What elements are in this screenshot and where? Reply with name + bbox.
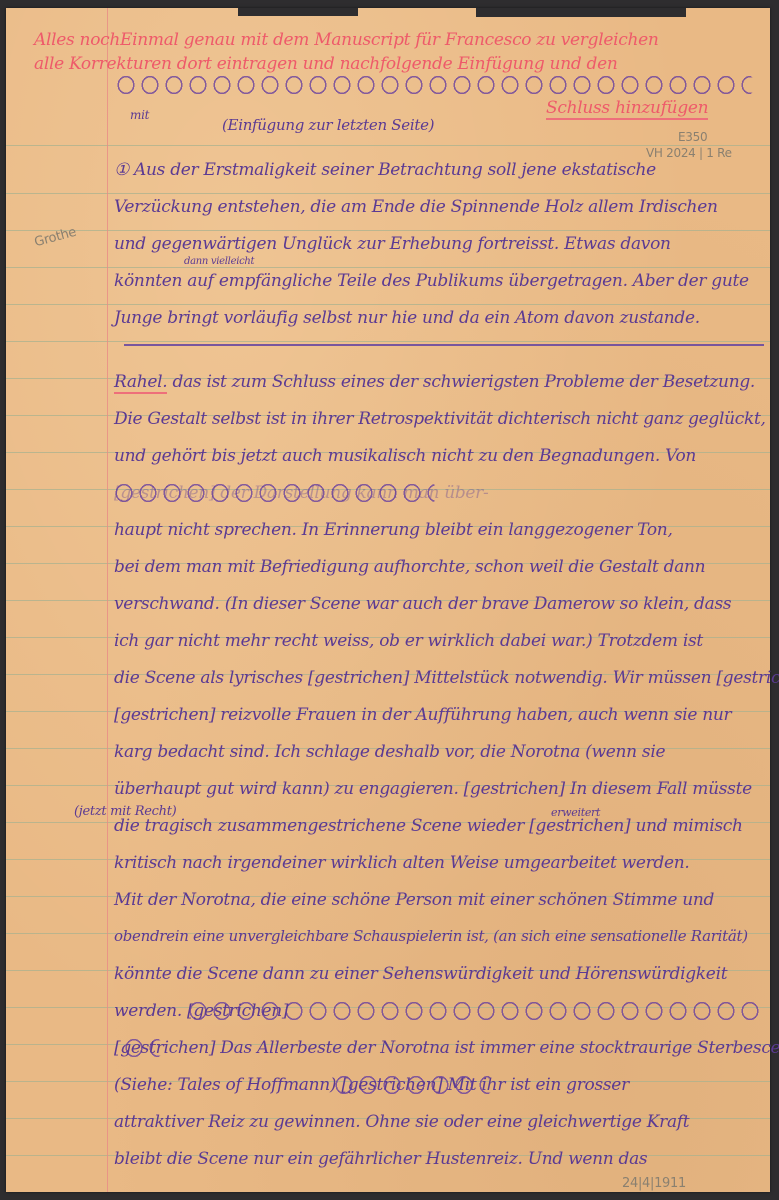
section2-line: kritisch nach irgendeiner wirklich alten… xyxy=(114,853,690,873)
section2-line: das ist zum Schluss eines der schwierigs… xyxy=(173,372,756,392)
section2-line: ich gar nicht mehr recht weiss, ob er wi… xyxy=(114,631,703,651)
section2-line: überhaupt gut wird kann) zu engagieren. … xyxy=(114,779,752,799)
manuscript-page: Alles nochEinmal genau mit dem Manuscrip… xyxy=(6,8,770,1192)
red-note-line-3: Schluss hinzufügen xyxy=(546,98,708,120)
section2-line: karg bedacht sind. Ich schlage deshalb v… xyxy=(114,742,665,762)
ruled-line xyxy=(6,341,770,342)
section1-line: Junge bringt vorläufig selbst nur hie un… xyxy=(114,308,700,328)
section1-line: ① Aus der Erstmaligkeit seiner Betrachtu… xyxy=(114,160,656,180)
ruled-line xyxy=(6,304,770,305)
struck-heading-scribble xyxy=(114,72,754,98)
section2-line: [gestrichen] der Darstellung kann man üb… xyxy=(114,483,488,503)
section1-interlinear: dann vielleicht xyxy=(184,256,254,267)
margin-note-pencil: Grothe xyxy=(33,225,78,251)
subheading: (Einfügung zur letzten Seite) xyxy=(222,116,434,134)
section2-line: Die Gestalt selbst ist in ihrer Retrospe… xyxy=(114,409,766,429)
section2-line: (Siehe: Tales of Hoffmann) [gestrichen] … xyxy=(114,1075,629,1095)
paper-tear xyxy=(238,8,358,16)
ruled-line xyxy=(6,230,770,231)
section2-line: werden. [gestrichen] xyxy=(114,1001,288,1021)
section2-line: die Scene als lyrisches [gestrichen] Mit… xyxy=(114,668,779,688)
section1-line: Verzückung entstehen, die am Ende die Sp… xyxy=(114,197,718,217)
section2-line: [gestrichen] reizvolle Frauen in der Auf… xyxy=(114,705,731,725)
section2-line: bei dem man mit Befriedigung aufhorchte,… xyxy=(114,557,705,577)
section2-line: bleibt die Scene nur ein gefährlicher Hu… xyxy=(114,1149,647,1169)
section-divider xyxy=(124,344,764,346)
section2-line: könnte die Scene dann zu einer Sehenswür… xyxy=(114,964,727,984)
section2-line: die tragisch zusammengestrichene Scene w… xyxy=(114,816,743,836)
section2-line: verschwand. (In dieser Scene war auch de… xyxy=(114,594,731,614)
margin-line xyxy=(107,8,108,1192)
ruled-line xyxy=(6,193,770,194)
archive-code-1: E350 xyxy=(678,130,707,144)
section2-line: [gestrichen] Das Allerbeste der Norotna … xyxy=(114,1038,779,1058)
ruled-line xyxy=(6,267,770,268)
red-note-line-1: Alles nochEinmal genau mit dem Manuscrip… xyxy=(34,30,659,50)
paper-tear xyxy=(476,8,686,17)
section2-line: und gehört bis jetzt auch musikalisch ni… xyxy=(114,446,696,466)
archive-code-2: VH 2024 | 1 Re xyxy=(646,146,732,160)
archive-date: 24|4|1911 xyxy=(622,1176,686,1191)
struck-heading-note: mit xyxy=(130,108,149,122)
rahel-heading: Rahel. xyxy=(114,372,167,394)
section2-first-line: Rahel. das ist zum Schluss eines der sch… xyxy=(114,372,755,392)
section2-line: attraktiver Reiz zu gewinnen. Ohne sie o… xyxy=(114,1112,689,1132)
red-note-line-2: alle Korrekturen dort eintragen und nach… xyxy=(34,54,618,74)
section2-line: haupt nicht sprechen. In Erinnerung blei… xyxy=(114,520,673,540)
section2-line: obendrein eine unvergleichbare Schauspie… xyxy=(114,927,748,945)
section2-line: Mit der Norotna, die eine schöne Person … xyxy=(114,890,714,910)
section1-line: könnten auf empfängliche Teile des Publi… xyxy=(114,271,749,291)
section1-line: und gegenwärtigen Unglück zur Erhebung f… xyxy=(114,234,671,254)
